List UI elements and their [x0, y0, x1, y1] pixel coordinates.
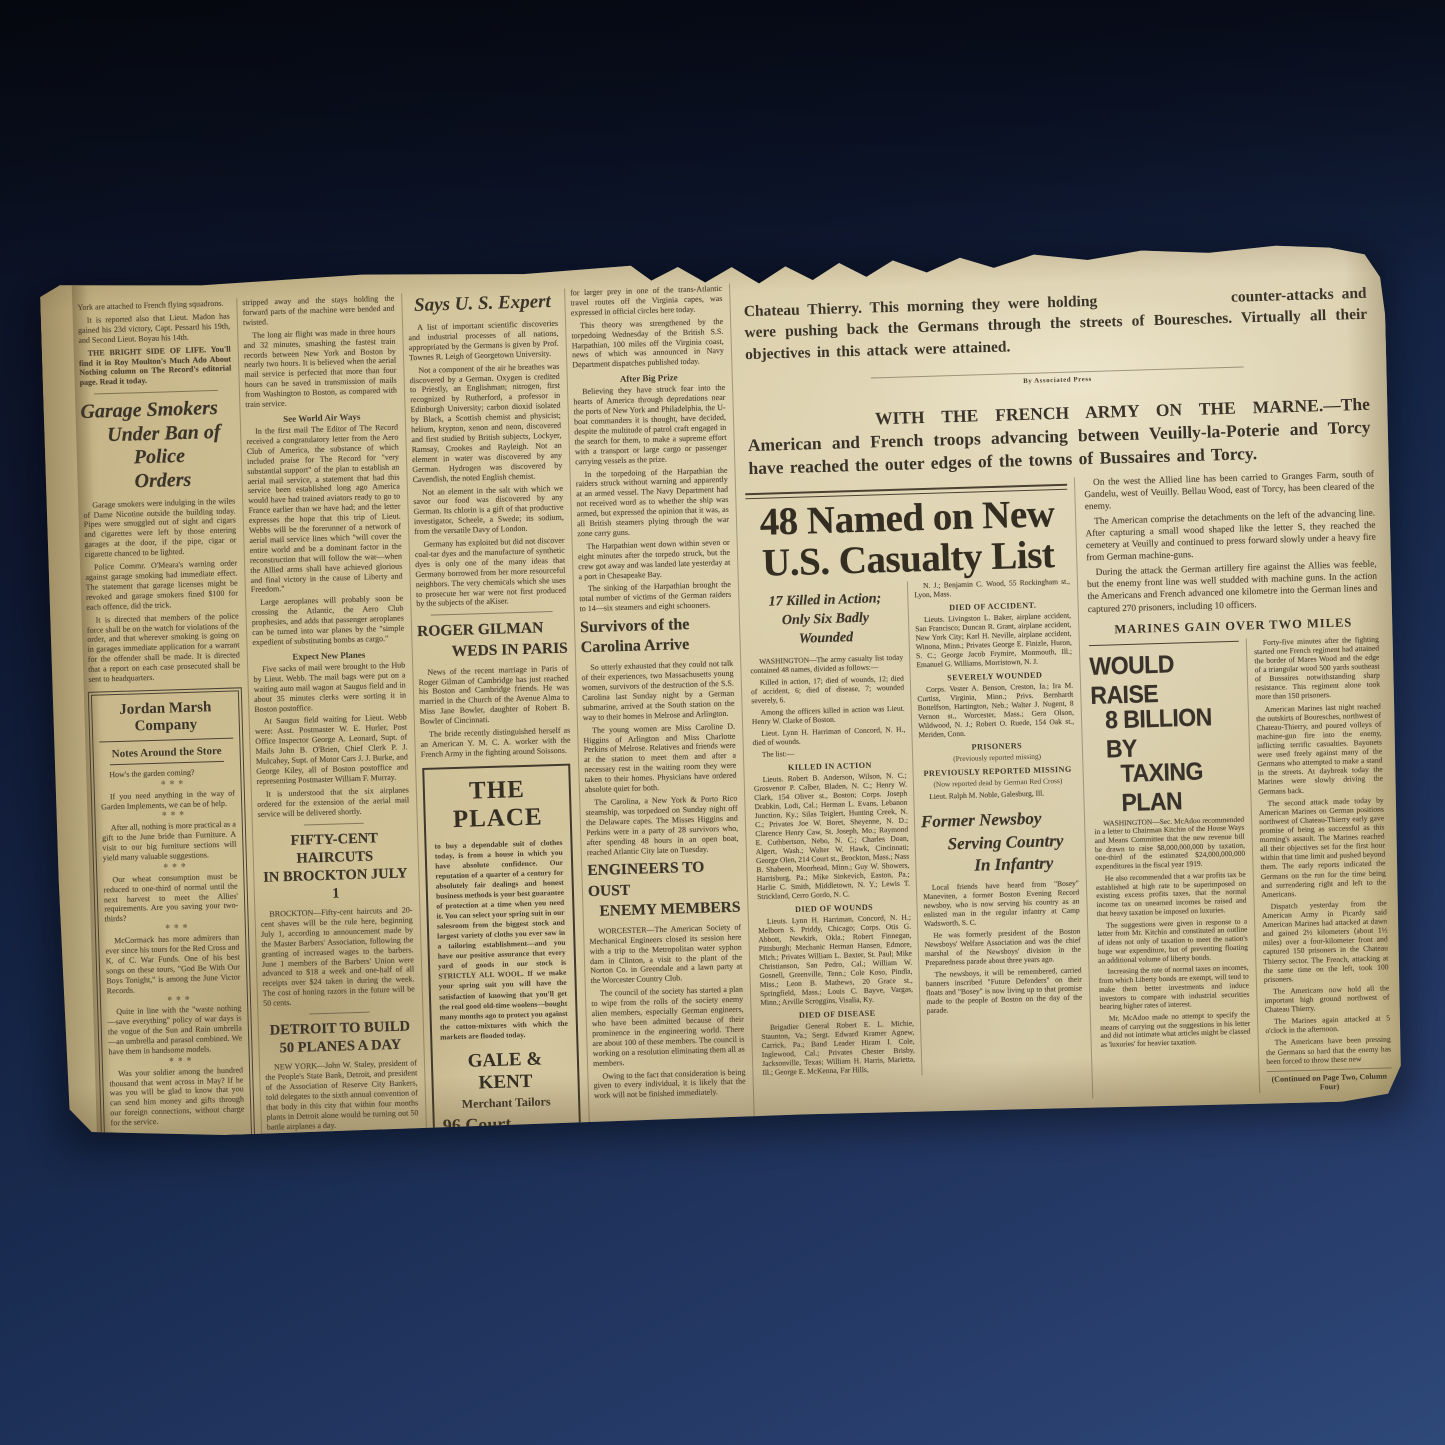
article-airmail-continued: stripped away and the stays holding the …	[242, 294, 397, 410]
article-expect-new-planes: Five sacks of mail were brought to the H…	[253, 660, 410, 819]
paragraph: The suggestions were given in response t…	[1097, 917, 1248, 965]
paragraph: WORCESTER—The American Society of Mechan…	[589, 922, 743, 986]
paragraph: This theory was strengthened by the torp…	[571, 317, 724, 371]
article-detroit-planes: NEW YORK—John W. Staley, president of th…	[265, 1059, 419, 1133]
paragraph: The Marines again attacked at 5 o'clock …	[1265, 1014, 1390, 1036]
paragraph: Police Commr. O'Meara's warning order ag…	[85, 558, 238, 612]
paragraph: Dispatch yesterday from the American Arm…	[1262, 898, 1389, 984]
paragraph: Increasing the rate of normal taxes on i…	[1098, 964, 1249, 1012]
article-engineers-oust: WORCESTER—The American Society of Mechan…	[589, 922, 746, 1101]
paragraph: The second attack made today by American…	[1258, 795, 1386, 899]
deck-killed-in-action: 17 Killed in Action;Only Six BadlyWounde…	[752, 590, 899, 651]
ad-jordan-subtitle: Notes Around the Store	[109, 745, 223, 765]
paragraph: On the west the Allied line has been car…	[1084, 469, 1375, 514]
ad-jordan-marsh: Jordan Marsh Company Notes Around the St…	[91, 690, 252, 1138]
paragraph: The bride recently distinguished herself…	[420, 726, 571, 760]
paragraph: The council of the society has started a…	[591, 985, 745, 1069]
headline-line: Carolina Arrive	[580, 634, 733, 659]
rule	[94, 390, 218, 395]
paragraph: NEW YORK—John W. Staley, president of th…	[265, 1059, 419, 1133]
headline-line: IN BROCKTON JULY 1	[259, 864, 412, 905]
headline-line: TAXING PLAN	[1120, 756, 1244, 818]
paragraph: Believing they have struck fear into the…	[573, 383, 727, 467]
paragraph: WASHINGTON—The army casualty list today …	[750, 653, 903, 676]
paragraph: The American comprise the detachments on…	[1085, 507, 1376, 565]
casualty-list-left: WASHINGTON—The army casualty list today …	[750, 653, 915, 1077]
paragraph: stripped away and the stays holding the …	[242, 294, 395, 328]
paragraph: Lieut. Lynn H. Harriman of Concord, N. H…	[752, 725, 905, 748]
note: (Now reported dead by German Red Cross)	[920, 776, 1076, 790]
paragraph: He was formerly president of the Boston …	[924, 926, 1081, 967]
article-fifty-cent-haircuts: BROCKTON—Fifty-cent haircuts and 20-cent…	[260, 905, 415, 1009]
paragraph: The list:—	[753, 746, 906, 760]
photo-background: York are attached to French flying squad…	[0, 0, 1445, 1445]
rule	[1089, 641, 1239, 646]
paragraph: Lieut. Ralph M. Noble, Galesburg, Ill.	[920, 788, 1076, 802]
rule	[431, 611, 553, 616]
ad-jordan-title: Jordan Marsh Company	[98, 699, 233, 743]
ad-the-place: THE PLACE to buy a dependable suit of cl…	[422, 763, 582, 1129]
paragraph: The newsboys, it will be remembered, car…	[925, 965, 1082, 1015]
headline-would-raise-8-billion: WOULD RAISE8 BILLION BYTAXING PLAN	[1089, 648, 1244, 815]
bulletin-marne: WITH THE FRENCH ARMY ON THE MARNE.—The A…	[747, 392, 1372, 481]
paragraph: Not an element in the salt with which we…	[413, 483, 564, 537]
article-garage-smokers: Garage smokers were indulging in the wil…	[83, 496, 240, 685]
paragraph: Garage smokers were indulging in the wil…	[83, 496, 237, 560]
paragraph: The Carolina, a New York & Porto Rico st…	[585, 794, 739, 858]
paragraph: Forty-five minutes after the fighting st…	[1254, 634, 1381, 701]
ad-jordan-notes: How's the garden coming?If you need anyt…	[100, 767, 245, 1129]
ad-place-body: to buy a dependable suit of clothes toda…	[434, 838, 568, 1043]
headline-line: In Infantry	[974, 851, 1079, 876]
article-marines-story: Forty-five minutes after the fighting st…	[1247, 634, 1392, 1093]
paragraph: So utterly exhausted that they could not…	[581, 659, 735, 723]
war-bulletin: Chateau Thierry. This morning they were …	[739, 265, 1374, 481]
bulletin-opening: Chateau Thierry. This morning they were …	[743, 282, 1368, 366]
war-news-column: On the west the Allied line has been car…	[1075, 469, 1392, 1098]
right-section: Chateau Thierry. This morning they were …	[730, 265, 1399, 1120]
ad-note-item: Was your soldier among the hundred thous…	[109, 1065, 245, 1128]
paragraph: Killed in action, 17; died of wounds, 12…	[751, 674, 905, 706]
paragraph: The Harpathian went down within seven or…	[578, 538, 731, 582]
ad-note-item: If you need anything in the way of Garde…	[101, 788, 236, 821]
paragraph: It is reported also that Lieut. Madon ha…	[78, 311, 231, 345]
headline-line: WOULD RAISE	[1089, 648, 1241, 711]
paragraph: WASHINGTON—Sec. McAdoo recommended in a …	[1094, 815, 1245, 872]
page-layout: York are attached to French flying squad…	[40, 238, 1409, 1139]
ad-note-item: Our wheat consumption must be reduced to…	[103, 871, 239, 933]
rule	[304, 822, 364, 825]
paragraph: Large aeroplanes will probably soon be c…	[251, 594, 404, 648]
headline-marines-gain: MARINES GAIN OVER TWO MILES	[1088, 614, 1378, 638]
paragraph: Five sacks of mail were brought to the H…	[253, 660, 406, 714]
headline-casualty-list: 48 Named on NewU.S. Casualty List	[746, 494, 1070, 585]
headline-engineers-oust: ENGINEERS TO OUSTENEMY MEMBERS	[587, 857, 741, 922]
war-news-lead: On the west the Allied line has been car…	[1084, 469, 1378, 616]
article-marines-story-body: Forty-five minutes after the fighting st…	[1254, 634, 1392, 1065]
paragraph: Lieuts. Robert B. Anderson, Wilson, N. C…	[754, 771, 911, 901]
column-3: Says U. S. Expert A list of important sc…	[402, 289, 590, 1129]
paragraph: It is directed that members of the polic…	[87, 611, 241, 685]
paragraph: Lieuts. Lynn H. Harriman, Concord, N. H.…	[758, 913, 914, 1007]
paragraph: Corps. Vester A. Benson, Creston, Ia.; I…	[917, 681, 1075, 740]
ad-note-item: McCormack has more admirers than ever si…	[105, 933, 241, 1005]
headline-line: 8 BILLION BY	[1105, 702, 1243, 765]
deck-line: Wounded	[753, 628, 898, 651]
paragraph: A list of important scientific discoveri…	[408, 319, 559, 363]
paragraph: BROCKTON—Fifty-cent haircuts and 20-cent…	[260, 905, 415, 1009]
casualty-list-right: N. J.; Benjamin C. Wood, 55 Rockingham s…	[914, 577, 1076, 802]
paragraph: Local friends have heard from "Bosey" Ma…	[923, 878, 1080, 928]
paragraph: He also recommended that a war profits t…	[1096, 871, 1247, 919]
byline-associated-press: By Associated Press	[870, 366, 1244, 389]
paragraph: Mr. McAdoo made no attempt to specify th…	[1100, 1011, 1251, 1050]
article-after-big-prize: Believing they have struck fear into the…	[573, 383, 732, 614]
paragraph: Brigadier General Robert E. L. Michie, S…	[761, 1019, 916, 1078]
headline-line: Serving Country	[947, 829, 1078, 855]
paragraph: At Saugus field waiting for Lieut. Webb …	[255, 713, 409, 787]
promo-notice: THE BRIGHT SIDE OF LIFE. You'll find it …	[79, 344, 232, 388]
headline-says-us-expert: Says U. S. Expert	[407, 291, 558, 317]
article-carolina-survivors: So utterly exhausted that they could not…	[581, 659, 739, 858]
headline-line: 50 PLANES A DAY	[264, 1035, 416, 1058]
article-uboat-continued: for larger prey in one of the trans-Atla…	[570, 284, 724, 371]
paragraph: Among the officers killed in action was …	[752, 704, 905, 727]
headline-line: ENEMY MEMBERS	[588, 897, 741, 922]
paragraph: The young women are Miss Caroline D. Hig…	[583, 721, 737, 795]
paragraph: The Americans now hold all the important…	[1264, 983, 1390, 1014]
column-1: York are attached to French flying squad…	[72, 298, 262, 1139]
paragraph: York are attached to French flying squad…	[77, 299, 229, 313]
note: (Previously reported missing)	[919, 751, 1075, 765]
ad-place-title: THE PLACE	[433, 775, 563, 835]
paragraph: The Americans have been pressing the Ger…	[1266, 1035, 1392, 1066]
headline-fifty-cent-haircuts: FIFTY-CENT HAIRCUTSIN BROCKTON JULY 1	[258, 828, 412, 905]
lower-right-row: 48 Named on NewU.S. Casualty List 17 Kil…	[745, 469, 1392, 1108]
article-taxing-plan-body: WASHINGTON—Sec. McAdoo recommended in a …	[1094, 815, 1251, 1050]
newspaper-page: York are attached to French flying squad…	[40, 238, 1409, 1139]
paragraph: Owing to the fact that consideration is …	[593, 1067, 746, 1101]
casualty-columns: 17 Killed in Action;Only Six BadlyWounde…	[748, 577, 1085, 1080]
article-roger-gilman: News of the recent marriage in Paris of …	[418, 663, 571, 760]
paragraph: During the attack the German artillery f…	[1087, 558, 1378, 616]
paragraph: Germany has exploited but did not discov…	[414, 536, 566, 610]
paragraph: for larger prey in one of the trans-Atla…	[570, 284, 723, 318]
background-shadow	[0, 0, 1445, 289]
paragraph: News of the recent marriage in Paris of …	[418, 663, 570, 727]
paragraph: The sinking of the Harpathian brought th…	[579, 580, 732, 614]
paragraph: American Marines last night reached the …	[1256, 701, 1384, 796]
headline-detroit-planes: DETROIT TO BUILD50 PLANES A DAY	[264, 1017, 417, 1058]
paragraph: Not a component of the air he breathes w…	[409, 361, 562, 484]
ad-note-item: After all, nothing is more practical as …	[102, 820, 237, 872]
ad-place-firm: GALE & KENT	[441, 1048, 570, 1096]
column-2: stripped away and the stays holding the …	[237, 293, 427, 1134]
casualty-column-left: 17 Killed in Action;Only Six BadlyWounde…	[748, 582, 923, 1080]
article-casualty-list: 48 Named on NewU.S. Casualty List 17 Kil…	[745, 477, 1093, 1107]
casualty-column-right: N. J.; Benjamin C. Wood, 55 Rockingham s…	[908, 577, 1085, 1075]
ad-place-trade: Merchant Tailors	[442, 1093, 570, 1112]
headline-line: U.S. Casualty List	[747, 535, 1070, 585]
headline-garage-smokers: Garage SmokersUnder Ban ofPolice Orders	[80, 397, 235, 496]
article-says-us-expert: A list of important scientific discoveri…	[408, 319, 566, 610]
headline-line: Under Ban of	[107, 420, 234, 447]
continued-notice: (Continued on Page Two, Column Four)	[1267, 1067, 1393, 1093]
rule	[309, 1012, 369, 1015]
article-aviators-continued: York are attached to French flying squad…	[77, 299, 230, 346]
paragraph: The long air flight was made in three ho…	[243, 326, 397, 410]
headline-line: FIFTY-CENT HAIRCUTS	[258, 828, 411, 869]
ad-note-item: Quite in line with the "waste nothing—sa…	[107, 1004, 243, 1066]
article-former-newsboy: Local friends have heard from "Bosey" Ma…	[923, 878, 1083, 1015]
war-subcolumns: WOULD RAISE8 BILLION BYTAXING PLAN WASHI…	[1089, 634, 1392, 1097]
article-taxing-plan: WOULD RAISE8 BILLION BYTAXING PLAN WASHI…	[1089, 638, 1260, 1097]
headline-roger-gilman: ROGER GILMANWEDS IN PARIS	[417, 618, 568, 663]
paragraph: In the torpedoing of the Harpathian the …	[575, 465, 729, 539]
paragraph: It is understood that the six airplanes …	[257, 785, 410, 819]
paragraph: N. J.; Benjamin C. Wood, 55 Rockingham s…	[914, 577, 1070, 600]
column-4: for larger prey in one of the trans-Atla…	[565, 284, 755, 1125]
headline-former-newsboy: Former NewsboyServing CountryIn Infantry	[921, 807, 1079, 878]
ad-note-item: How's the garden coming?	[100, 767, 234, 790]
headline-line: ENGINEERS TO OUST	[587, 857, 740, 902]
paragraph: In the first mail The Editor of The Reco…	[246, 423, 403, 596]
headline-line: Police Orders	[134, 444, 235, 494]
article-world-air-ways: In the first mail The Editor of The Reco…	[246, 423, 404, 648]
paragraph: Lieuts. Livingston L. Baker, airplane ac…	[915, 611, 1073, 670]
headline-carolina-survivors: Survivors of theCarolina Arrive	[580, 614, 733, 658]
torn-gap	[1105, 302, 1223, 306]
